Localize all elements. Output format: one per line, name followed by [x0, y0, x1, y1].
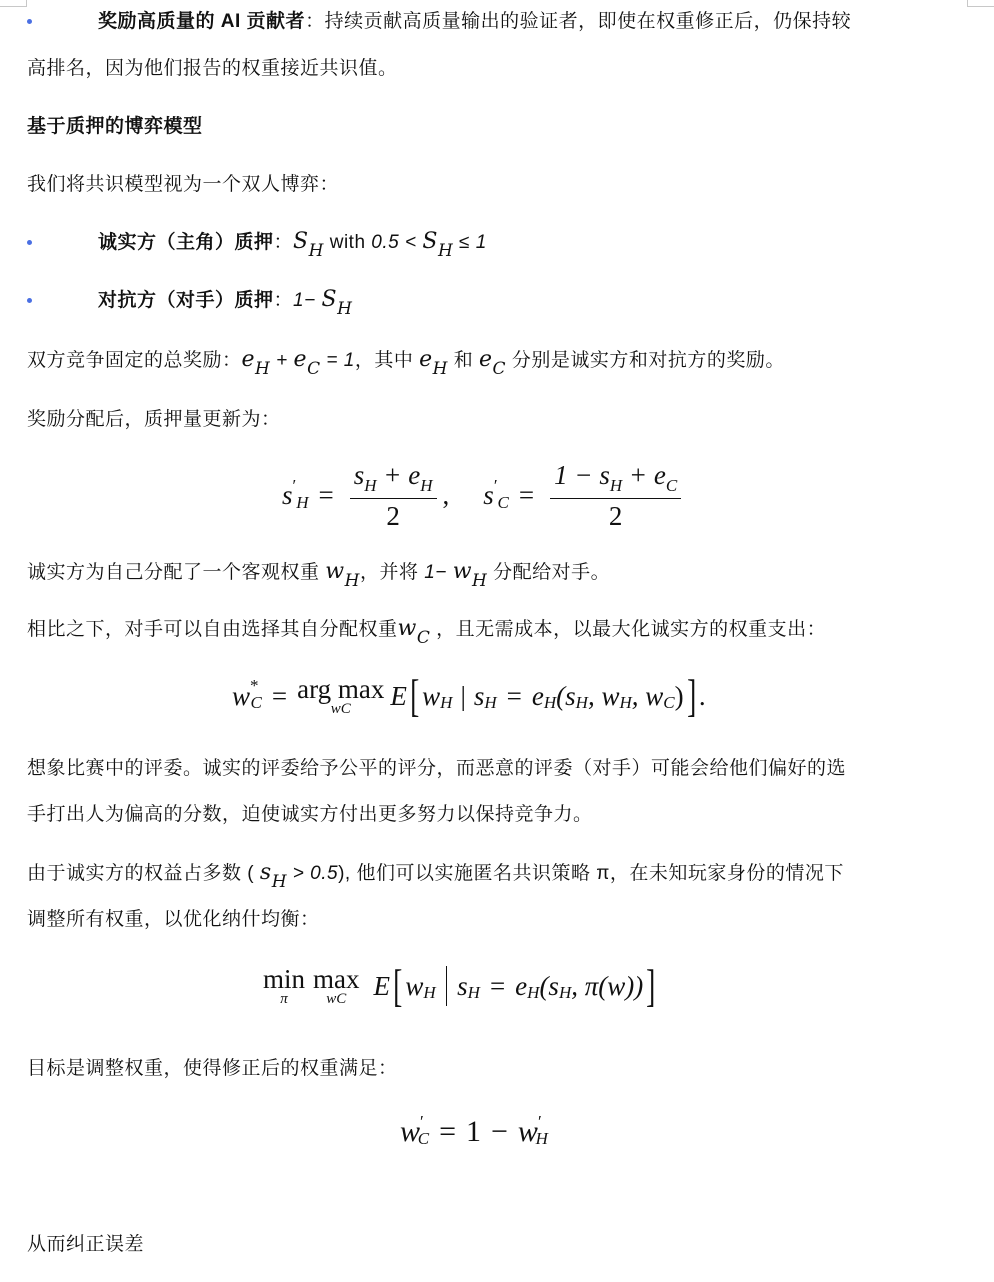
math-op: 1−: [424, 562, 452, 583]
text: 诚实方为自己分配了一个客观权重: [27, 562, 325, 583]
formula-stake-update: s′H = sH + eH 2 , s′C = 1 − sH + eC 2: [282, 458, 687, 533]
math-var: e: [242, 347, 256, 372]
formula-weight-constraint: w′C = 1 − w′H: [400, 1115, 548, 1149]
math-op: −: [491, 1115, 508, 1149]
math-sub: H: [536, 1129, 548, 1149]
left-bracket: [: [393, 966, 402, 1006]
intro-paragraph: 我们将共识模型视为一个双人博弈：: [27, 173, 339, 197]
right-bracket: ]: [646, 966, 655, 1006]
math-sub: H: [472, 571, 487, 591]
bullet-label: 对抗方（对手）质押: [98, 290, 274, 311]
formula-minmax: minπ maxwC E [ wH sH = eH(sH, π(w)) ]: [263, 966, 659, 1006]
formula-argmax: w*C = arg maxwC E [ wH | sH = eH(sH, wH,…: [232, 676, 706, 716]
paragraph-continuation: 高排名，因为他们报告的权重接近共识值。: [27, 57, 398, 81]
conditional-bar: [446, 966, 448, 1006]
math-var: S: [321, 287, 337, 312]
math-var: , w: [632, 681, 664, 712]
reward-quality-bullet: 奖励高质量的 AI 贡献者：持续贡献高质量输出的验证者，即使在权重修正后，仍保持…: [98, 10, 851, 34]
math-sub: C: [663, 693, 674, 713]
math-var: S: [293, 229, 309, 254]
operator-subscript: wC: [326, 992, 346, 1006]
numerator: 1 − sH + eC: [550, 458, 681, 499]
math-sub: H: [527, 983, 539, 1003]
given-bar: |: [460, 681, 465, 712]
operator-subscript: wC: [331, 702, 351, 716]
math-var: (s: [539, 971, 559, 1002]
math-var: e: [419, 347, 433, 372]
math-var: 1 − s: [554, 460, 610, 490]
bullet-label: 诚实方（主角）质押: [98, 232, 274, 253]
math-var: , w: [588, 681, 620, 712]
expectation: E: [374, 971, 391, 1002]
text: ，其中: [355, 350, 419, 371]
math-var: s: [354, 460, 365, 490]
text: 和: [448, 350, 479, 371]
majority-paragraph: 由于诚实方的权益占多数 ( sH > 0.5), 他们可以实施匿名共识策略 π，…: [27, 861, 844, 886]
right-bracket: ]: [687, 676, 696, 716]
conclusion-paragraph: 从而纠正误差: [27, 1233, 144, 1257]
math-op: +: [270, 350, 293, 371]
math-number: 1: [466, 1115, 481, 1149]
math-op: =: [319, 480, 334, 511]
section-title: 基于质押的博弈模型: [27, 115, 203, 139]
numerator: sH + eH: [350, 458, 437, 499]
left-bracket: [: [410, 676, 419, 716]
condition: 0.5 <: [371, 232, 422, 253]
colon: ：: [274, 290, 294, 311]
math-sub: H: [619, 693, 631, 713]
bullet-heading: 奖励高质量的 AI 贡献者: [98, 11, 305, 32]
math-sub: H: [559, 983, 571, 1003]
math-var: + e: [622, 460, 666, 490]
math-var: e: [532, 681, 544, 712]
math-var: e: [294, 347, 308, 372]
argmax-operator: arg maxwC: [297, 676, 384, 716]
math-sub: H: [337, 299, 352, 319]
reward-paragraph: 双方竞争固定的总奖励：eH + eC = 1，其中 eH 和 eC 分别是诚实方…: [27, 348, 785, 373]
with-text: with: [324, 232, 371, 253]
adversary-weight-paragraph: 相比之下，对手可以自由选择其自分配权重wC ，且无需成本，以最大化诚实方的权重支…: [27, 617, 826, 642]
text: ), 他们可以实施匿名共识策略 π，在未知玩家身份的情况下: [338, 863, 844, 884]
max-operator: maxwC: [313, 966, 360, 1006]
math-sub: H: [610, 476, 622, 495]
math-sub: H: [468, 983, 480, 1003]
math-sub: H: [364, 476, 376, 495]
math-var: s: [483, 480, 494, 511]
math-var: e: [479, 347, 493, 372]
stake-update-paragraph: 奖励分配后，质押量更新为：: [27, 408, 281, 432]
math-op: =: [519, 480, 534, 511]
math-var: (s: [556, 681, 576, 712]
math-sub: H: [296, 493, 308, 513]
math-sub: H: [576, 693, 588, 713]
bullet-icon: [27, 19, 32, 24]
page-corner-mark-left: [0, 0, 27, 7]
period: .: [699, 681, 706, 712]
math-var: s: [474, 681, 485, 712]
condition: > 0.5: [287, 863, 338, 884]
text: 相比之下，对手可以自由选择其自分配权重: [27, 619, 398, 640]
paren: ): [675, 681, 684, 712]
text: ，并将: [360, 562, 424, 583]
math-var: s: [282, 480, 293, 511]
math-sub: H: [440, 693, 452, 713]
math-sub: C: [251, 693, 262, 713]
math-sub: H: [484, 693, 496, 713]
operator-text: max: [313, 966, 360, 992]
math-op: =: [490, 971, 505, 1002]
math-sub: H: [423, 983, 435, 1003]
text: ，且无需成本，以最大化诚实方的权重支出：: [430, 619, 826, 640]
colon: ：: [274, 232, 294, 253]
math-var: e: [515, 971, 527, 1002]
math-op: = 1: [321, 350, 355, 371]
text: 分别是诚实方和对抗方的奖励。: [506, 350, 785, 371]
math-op: =: [507, 681, 522, 712]
math-var: w: [232, 681, 250, 712]
math-var: s: [260, 860, 272, 885]
math-sub: H: [255, 359, 270, 379]
math-var: w: [398, 616, 417, 641]
goal-paragraph: 目标是调整权重，使得修正后的权重满足：: [27, 1057, 398, 1081]
denominator: 2: [386, 499, 400, 533]
assign-weight-paragraph: 诚实方为自己分配了一个客观权重 wH，并将 1− wH 分配给对手。: [27, 560, 610, 585]
math-var: S: [422, 229, 438, 254]
math-sub: H: [438, 241, 453, 261]
expectation: E: [390, 681, 407, 712]
math-prefix: 1−: [293, 290, 321, 311]
text: 由于诚实方的权益占多数 (: [27, 863, 260, 884]
math-var: s: [457, 971, 468, 1002]
math-sub: H: [345, 571, 360, 591]
bullet-body: ：持续贡献高质量输出的验证者，即使在权重修正后，仍保持较: [305, 11, 851, 32]
adversary-stake-bullet: 对抗方（对手）质押：1− SH: [98, 288, 352, 313]
analogy-line-2: 手打出人为偏高的分数，迫使诚实方付出更多努力以保持竞争力。: [27, 803, 593, 827]
operator-text: min: [263, 966, 305, 992]
bullet-icon: [27, 298, 32, 303]
math-sub: C: [307, 359, 321, 379]
fraction: 1 − sH + eC 2: [550, 458, 681, 533]
majority-paragraph-line-2: 调整所有权重，以优化纳什均衡：: [27, 908, 320, 932]
math-sub: H: [433, 359, 448, 379]
math-var: , π(w)): [571, 971, 643, 1002]
analogy-line-1: 想象比赛中的评委。诚实的评委给予公平的评分，而恶意的评委（对手）可能会给他们偏好…: [27, 757, 846, 781]
math-sub: H: [272, 872, 287, 892]
math-var: + e: [377, 460, 421, 490]
math-sub: C: [417, 628, 431, 648]
text: 双方竞争固定的总奖励：: [27, 350, 242, 371]
math-op: =: [439, 1115, 456, 1149]
math-sub: C: [418, 1129, 429, 1149]
fraction: sH + eH 2: [350, 458, 437, 533]
math-var: w: [405, 971, 423, 1002]
math-var: w: [325, 559, 344, 584]
denominator: 2: [609, 499, 623, 533]
operator-text: arg max: [297, 676, 384, 702]
math-op: =: [272, 681, 287, 712]
math-sub: C: [498, 493, 509, 513]
comma: ,: [443, 480, 450, 511]
page-corner-mark-right: [967, 0, 994, 7]
text: 分配给对手。: [487, 562, 610, 583]
math-var: w: [453, 559, 472, 584]
math-sub: C: [493, 359, 507, 379]
math-sub: H: [544, 693, 556, 713]
math-var: w: [422, 681, 440, 712]
honest-stake-bullet: 诚实方（主角）质押：SH with 0.5 < SH ≤ 1: [98, 230, 487, 255]
math-sub: C: [666, 476, 677, 495]
condition: ≤ 1: [453, 232, 487, 253]
math-sub: H: [420, 476, 432, 495]
operator-subscript: π: [280, 992, 288, 1006]
math-sub: H: [309, 241, 324, 261]
min-operator: minπ: [263, 966, 305, 1006]
bullet-icon: [27, 240, 32, 245]
